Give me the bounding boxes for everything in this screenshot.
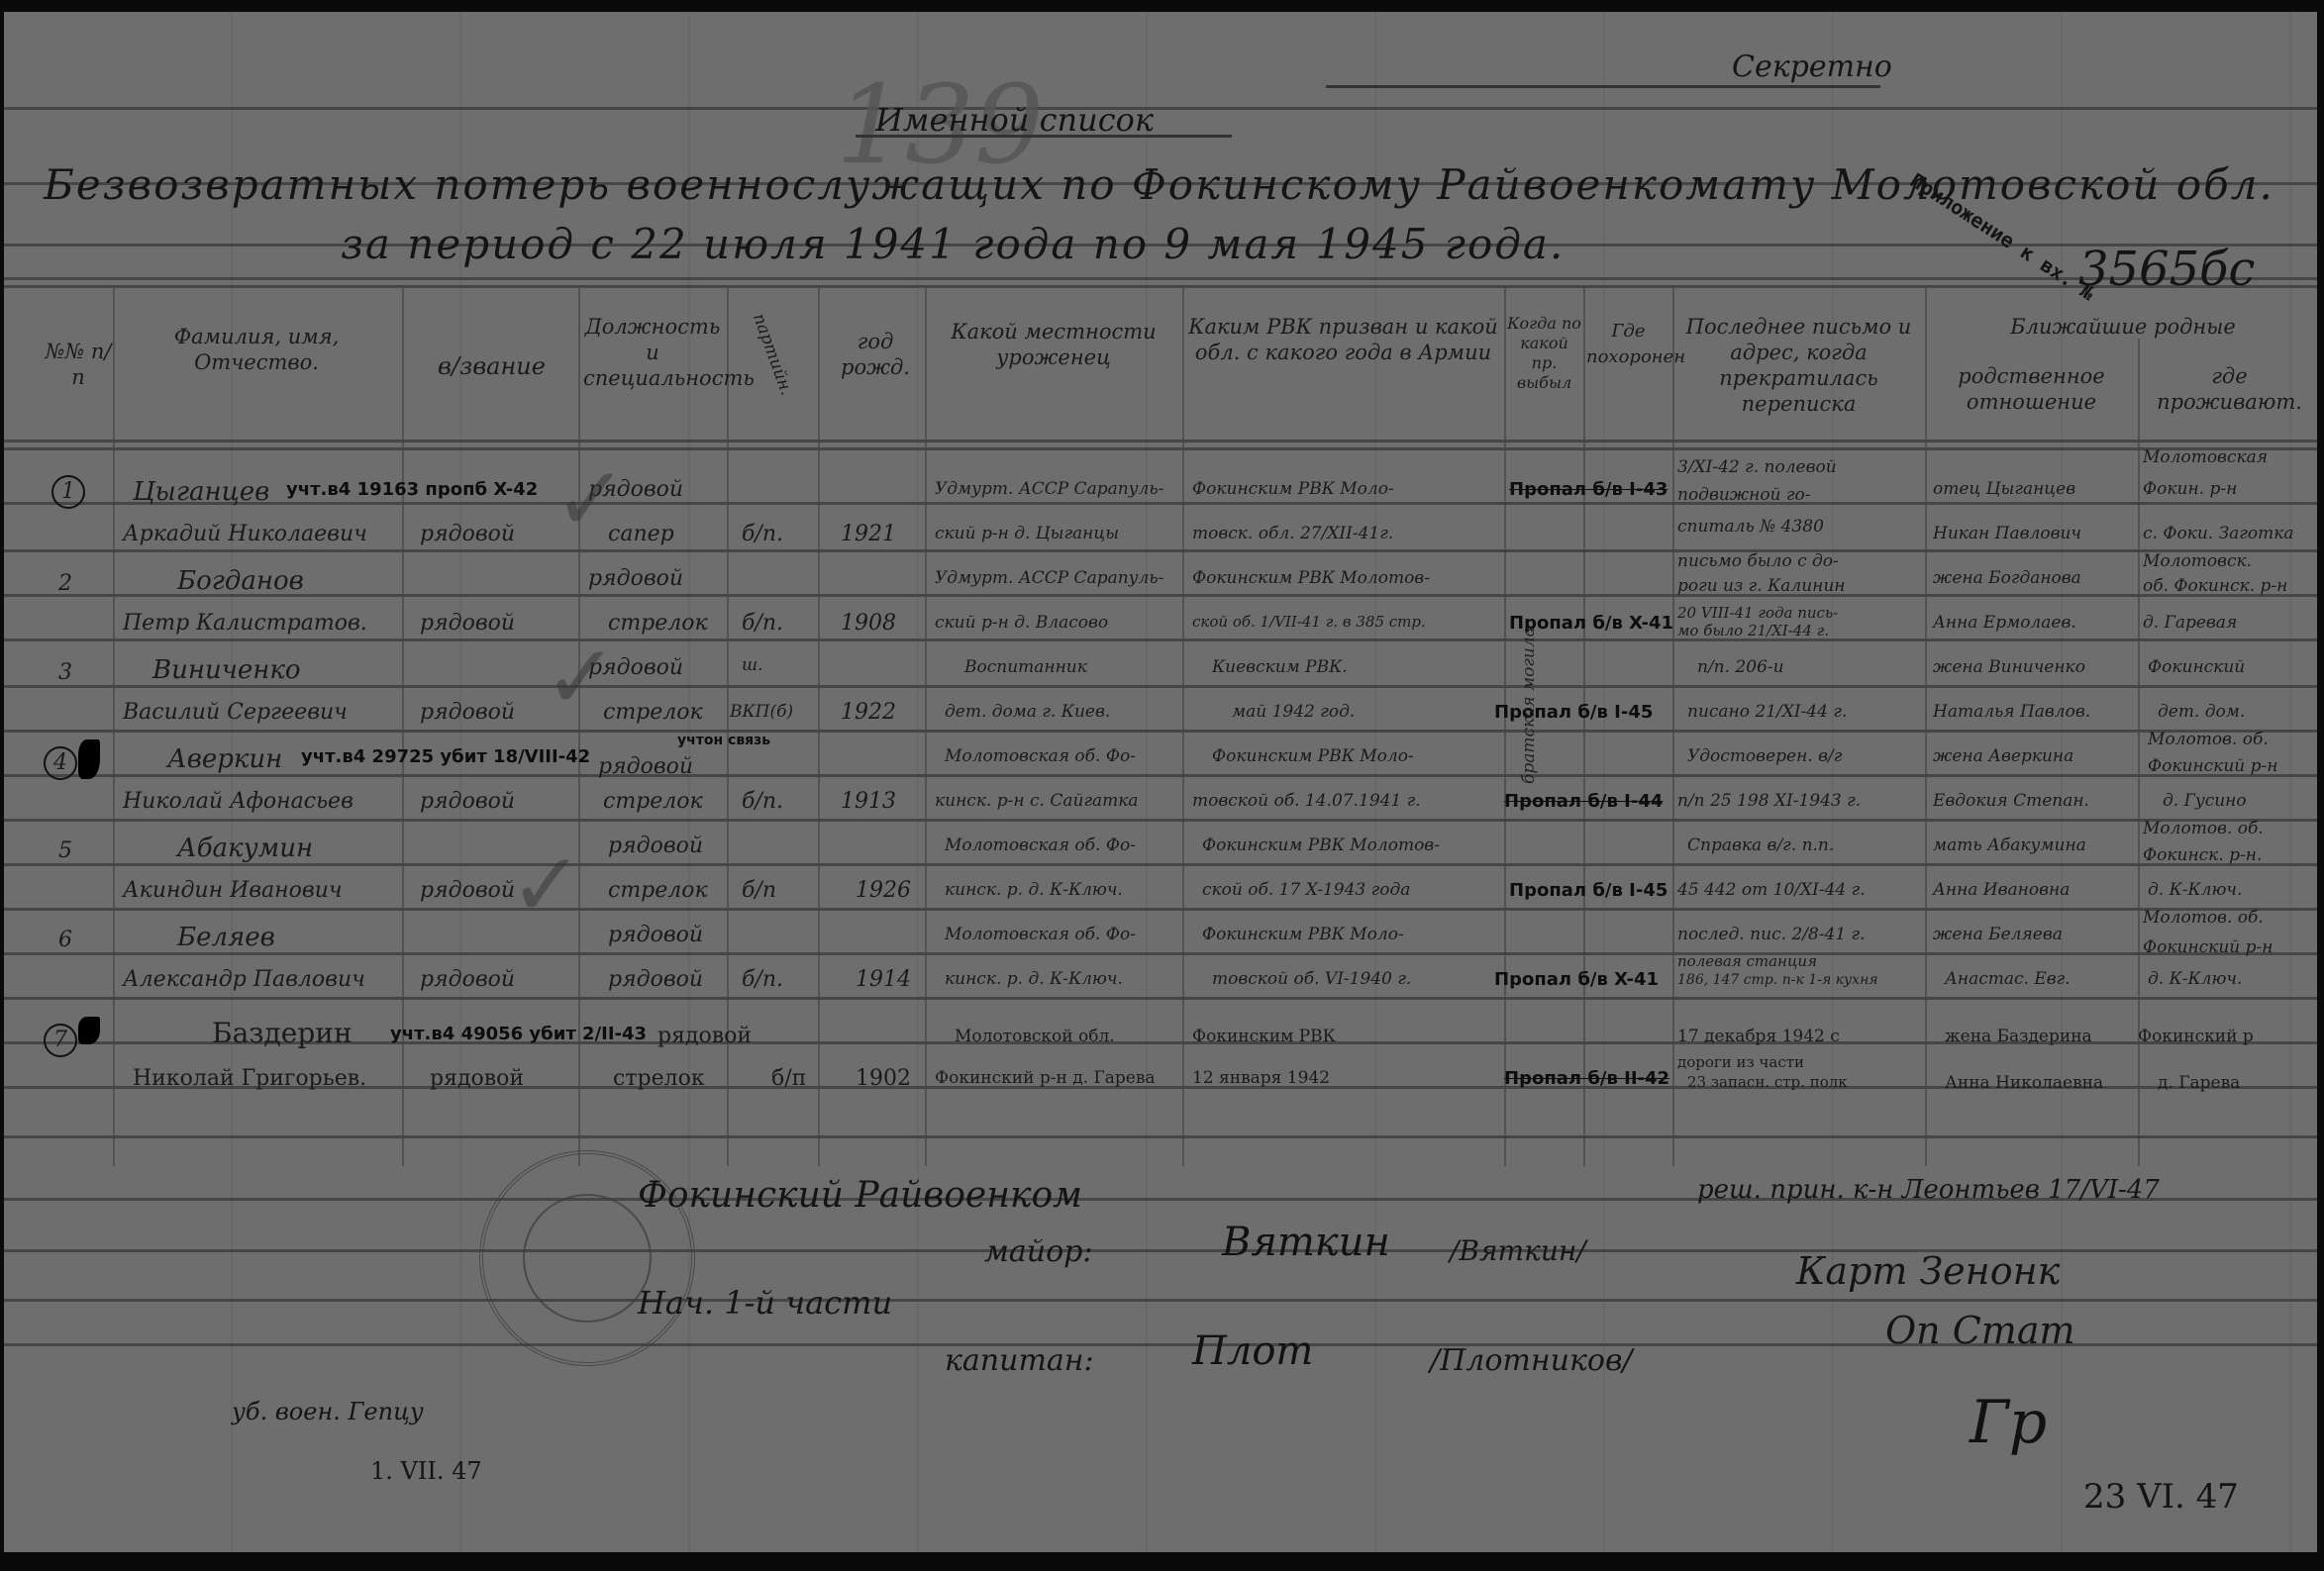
ruled-line [4, 107, 2317, 110]
residence: Молотов. об. [2143, 908, 2264, 928]
relation: Анна Николаевна [1945, 1073, 2103, 1093]
given-names: Александр Павлович [123, 967, 365, 992]
rank: рядовой [420, 700, 515, 725]
birthplace: Удмурт. АССР Сарапуль- [935, 479, 1163, 499]
paper-damage [78, 1017, 100, 1044]
drafted: ской об. 17 X-1943 года [1202, 880, 1410, 900]
footer-org: Фокинский Райвоенком [638, 1175, 1082, 1216]
given-names: Петр Калистратов. [123, 611, 367, 636]
surname: Богданов [177, 566, 304, 596]
registration-annotation: учт.в4 19163 пропб X-42 [286, 479, 538, 500]
position: стрелок [603, 789, 703, 814]
relation: Анна Ермолаев. [1933, 613, 2076, 633]
last-letter: п/п. 206-и [1697, 657, 1784, 677]
party: б/п. [742, 522, 783, 546]
last-letter: дороги из части [1677, 1053, 1804, 1071]
residence: об. Фокинск. р-н [2143, 576, 2287, 596]
given-names: Николай Григорьев. [133, 1066, 366, 1091]
ruled-line [4, 908, 2317, 911]
drafted: товской об. VI-1940 г. [1212, 969, 1411, 989]
last-letter: послед. пис. 2/8-41 г. [1677, 925, 1866, 944]
last-letter: 23 запасн. стр. полк [1687, 1073, 1848, 1091]
ruled-line [4, 1299, 2317, 1302]
residence: Фокин. р-н [2143, 479, 2237, 499]
birthplace: Удмурт. АССР Сарапуль- [935, 568, 1163, 588]
seal-emblem [523, 1194, 652, 1323]
residence: Молотов. об. [2143, 819, 2264, 838]
signature: Гр [1970, 1388, 2047, 1457]
birth-year: 1902 [856, 1066, 911, 1091]
missing-note: Пропал б/в I-44 [1504, 791, 1663, 812]
birth-year: 1908 [841, 611, 896, 636]
underline [856, 135, 1232, 138]
party: б/п. [742, 967, 783, 992]
residence: Молотовск. [2143, 551, 2252, 571]
ruled-line [4, 549, 2317, 552]
party: б/п [742, 878, 776, 903]
right-note-1: Карт Зенонк [1796, 1249, 2060, 1293]
ruled-line [4, 285, 2317, 288]
relation: жена Беляева [1933, 925, 2063, 944]
left-note: уб. воен. Гепцу [232, 1398, 424, 1425]
row-number: 1 [51, 475, 85, 509]
missing-note: Пропал б/в II-42 [1504, 1068, 1669, 1089]
ruled-line [4, 502, 2317, 505]
drafted: Фокинским РВК [1192, 1027, 1336, 1046]
relation: Анна Ивановна [1933, 880, 2070, 900]
last-letter: полевая станция [1677, 952, 1817, 970]
missing-note: Пропал б/в I-45 [1509, 880, 1667, 901]
surname: Виниченко [152, 655, 301, 685]
birthplace: ский р-н д. Власово [935, 613, 1108, 633]
residence: Фокинск. р-н. [2143, 845, 2262, 865]
rank: рядовой [420, 611, 515, 636]
last-letter: 186, 147 стр. п-к 1-я кухня [1677, 972, 1878, 988]
column-line [818, 285, 820, 1166]
classification-label: Секретно [1732, 49, 1892, 84]
ruled-line [4, 774, 2317, 777]
position: стрелок [608, 878, 708, 903]
birthplace: дет. дома г. Киев. [945, 702, 1110, 722]
last-letter: 20 VIII-41 года пись- [1677, 604, 1838, 622]
birthplace: Фокинский р-н д. Гарева [935, 1068, 1156, 1088]
signer2-rank: капитан: [945, 1343, 1094, 1378]
last-letter: 3/XI-42 г. полевой [1677, 457, 1837, 477]
relation: отец Цыганцев [1933, 479, 2075, 499]
last-letter: писано 21/XI-44 г. [1687, 702, 1847, 722]
header-birthplace: Какой местности уроженец [930, 319, 1177, 370]
paper-damage [78, 739, 100, 779]
party: б/п [771, 1066, 806, 1091]
relation: жена Баздерина [1945, 1027, 2092, 1046]
birth-year: 1926 [856, 878, 911, 903]
relation: жена Виниченко [1933, 657, 2085, 677]
rank-top: рядовой [608, 923, 703, 947]
drafted: Фокинским РВК Молотов- [1192, 568, 1430, 588]
ruled-line [4, 638, 2317, 641]
last-letter: подвижной го- [1677, 485, 1810, 505]
column-line [1182, 285, 1184, 1166]
header-when-left: Когда по какой пр. выбыл [1507, 314, 1581, 393]
birth-year: 1921 [841, 522, 896, 546]
birthplace: Молотовской обл. [955, 1027, 1115, 1046]
surname: Беляев [177, 923, 275, 952]
header-buried: Где похоронен [1586, 319, 1670, 370]
rank-top: рядовой [598, 754, 693, 779]
birth-year: 1914 [856, 967, 911, 992]
ruled-line [4, 440, 2317, 442]
ruled-line [4, 685, 2317, 688]
relation: Наталья Павлов. [1933, 702, 2090, 722]
column-line [1672, 285, 1674, 1166]
signature: Плот [1192, 1328, 1313, 1374]
residence: д. Гусино [2163, 791, 2247, 811]
left-date: 1. VII. 47 [370, 1457, 482, 1485]
residence: д. К-Ключ. [2148, 880, 2242, 900]
row-number: 2 [58, 571, 72, 596]
relation: Никан Павлович [1933, 524, 2081, 543]
rank: рядовой [430, 1066, 524, 1091]
residence: Молотов. об. [2148, 730, 2269, 749]
birthplace: кинск. р. д. К-Ключ. [945, 969, 1123, 989]
column-line [113, 285, 115, 1166]
relation: жена Аверкина [1933, 746, 2073, 766]
column-line [1583, 285, 1585, 1166]
last-letter: роги из г. Калинин [1677, 576, 1846, 596]
drafted: Киевским РВК. [1212, 657, 1348, 677]
surname: Цыганцев [133, 477, 269, 507]
unit-chief: Нач. 1-й части [638, 1284, 892, 1322]
rank: рядовой [420, 878, 515, 903]
check-mark-icon: ✓ [509, 834, 583, 937]
drafted: товской об. 14.07.1941 г. [1192, 791, 1421, 811]
check-mark-icon: ✓ [554, 447, 628, 551]
ruled-line [4, 952, 2317, 955]
party-top: ш. [742, 655, 763, 675]
document-period: за период с 22 июля 1941 года по 9 мая 1… [341, 220, 1565, 268]
header-last-letter: Последнее письмо и адрес, когда прекрати… [1677, 314, 1920, 417]
party: ВКП(б) [730, 702, 793, 722]
relation: мать Абакумина [1933, 835, 2086, 855]
given-names: Василий Сергеевич [123, 700, 348, 725]
ruled-line [4, 594, 2317, 597]
rank-top: рядовой [588, 566, 683, 591]
right-note-2: Оп Стат [1885, 1309, 2075, 1352]
drafted: Фокинским РВК Моло- [1192, 479, 1394, 499]
registration-annotation: учт.в4 29725 убит 18/VIII-42 [301, 746, 590, 767]
document-page: Секретно 139 Именной список Безвозвратны… [4, 12, 2317, 1552]
party: б/п. [742, 789, 783, 814]
row-number: 3 [58, 660, 72, 685]
column-line [1925, 285, 1927, 1166]
birthplace: кинск. р. д. К-Ключ. [945, 880, 1123, 900]
drafted: Фокинским РВК Моло- [1212, 746, 1414, 766]
missing-note: Пропал б/в I-43 [1509, 479, 1667, 500]
birthplace: ский р-н д. Цыганцы [935, 524, 1119, 543]
residence: д. Гарева [2158, 1073, 2240, 1093]
registration-annotation-2: учтон связь [677, 733, 770, 748]
column-line [1504, 285, 1506, 1166]
residence: Фокинский р-н [2148, 756, 2277, 776]
drafted: Фокинским РВК Молотов- [1202, 835, 1440, 855]
registration-annotation: учт.в4 49056 убит 2/II-43 [390, 1024, 647, 1044]
rank: рядовой [420, 522, 515, 546]
residence: д. Гаревая [2143, 613, 2237, 633]
birth-year: 1913 [841, 789, 896, 814]
signer1-rank: майор: [984, 1234, 1092, 1269]
row-number: 4 [44, 746, 77, 780]
ruled-line [4, 730, 2317, 733]
drafted: 12 января 1942 [1192, 1068, 1330, 1088]
header-relatives-group: Ближайшие родные [1930, 314, 2316, 340]
residence: с. Фоки. Заготка [2143, 524, 2294, 543]
rank: рядовой [420, 789, 515, 814]
birthplace: Воспитанник [964, 657, 1087, 677]
last-letter: Удостоверен. в/г [1687, 746, 1842, 766]
ruled-line [4, 997, 2317, 1000]
residence: Фокинский [2148, 657, 2245, 677]
last-letter: письмо было с до- [1677, 551, 1839, 571]
signer1-name: /Вяткин/ [1450, 1234, 1586, 1267]
signer2-name: /Плотников/ [1430, 1343, 1633, 1378]
residence: Фокинский р-н [2143, 937, 2273, 957]
surname: Аверкин [167, 744, 282, 774]
drafted: товск. обл. 27/XII-41г. [1192, 524, 1393, 543]
header-residence: где проживают. [2143, 363, 2316, 415]
row-number: 7 [44, 1024, 77, 1057]
relation: Евдокия Степан. [1933, 791, 2089, 811]
header-birth-year: год рожд. [831, 329, 920, 380]
relation: Анастас. Евг. [1945, 969, 2071, 989]
given-names: Николай Афонасьев [123, 789, 354, 814]
missing-note: Пропал б/в X-41 [1494, 969, 1659, 990]
drafted: ской об. 1/VII-41 г. в 385 стр. [1192, 613, 1426, 631]
resolution-note: реш. прин. к-н Леонтьев 17/VI-47 [1697, 1175, 2160, 1205]
residence: д. К-Ключ. [2148, 969, 2242, 989]
position: стрелок [613, 1066, 705, 1091]
birth-year: 1922 [841, 700, 896, 725]
last-letter: мо было 21/XI-44 г. [1677, 622, 1829, 639]
drafted: май 1942 год. [1232, 702, 1355, 722]
relation: жена Богданова [1933, 568, 2081, 588]
rank-top: рядовой [608, 834, 703, 858]
rank-top: рядовой [657, 1024, 752, 1048]
last-letter: 45 442 от 10/XI-44 г. [1677, 880, 1866, 900]
last-letter: п/п 25 198 XI-1943 г. [1677, 791, 1861, 811]
header-relation: родственное отношение [1930, 363, 2133, 415]
given-names: Аркадий Николаевич [123, 522, 367, 546]
birthplace: Молотовская об. Фо- [945, 835, 1136, 855]
incoming-number: 3565бс [2078, 242, 2255, 297]
birthplace: кинск. р-н с. Сайгатка [935, 791, 1139, 811]
header-position: Должность и специальность [583, 314, 722, 391]
last-letter: Справка в/г. п.п. [1687, 835, 1834, 855]
header-drafted: Каким РВК призван и какой обл. с какого … [1187, 314, 1499, 365]
party: б/п. [742, 611, 783, 636]
residence: дет. дом. [2158, 702, 2245, 722]
residence: Молотовская [2143, 447, 2268, 467]
given-names: Акиндин Иванович [123, 878, 343, 903]
birthplace: Молотовская об. Фо- [945, 925, 1136, 944]
header-rank: в/звание [410, 353, 573, 379]
signature: Вяткин [1222, 1220, 1390, 1265]
surname: Баздерин [212, 1017, 353, 1049]
ruled-line [4, 863, 2317, 866]
header-name: Фамилия, имя, Отчество. [123, 324, 390, 375]
ruled-line [4, 277, 2317, 280]
row-number: 5 [58, 838, 72, 863]
header-num: №№ п/п [44, 339, 113, 390]
row-number: 6 [58, 928, 72, 952]
birthplace: Молотовская об. Фо- [945, 746, 1136, 766]
residence: Фокинский р [2138, 1027, 2254, 1046]
burial-margin-note: братская могила [1519, 627, 1539, 784]
underline [1326, 85, 1880, 88]
rank: рядовой [420, 967, 515, 992]
document-title: Именной список [875, 101, 1154, 139]
check-mark-icon: ✓ [544, 626, 618, 730]
last-letter: спиталь № 4380 [1677, 517, 1824, 537]
drafted: Фокинским РВК Моло- [1202, 925, 1404, 944]
surname: Абакумин [177, 834, 313, 863]
position: стрелок [608, 611, 708, 636]
right-date: 23 VI. 47 [2083, 1477, 2239, 1517]
ruled-line [4, 819, 2317, 822]
ruled-line [4, 447, 2317, 450]
position: рядовой [608, 967, 703, 992]
ruled-line [4, 1135, 2317, 1138]
column-line [925, 285, 927, 1166]
last-letter: 17 декабря 1942 с [1677, 1027, 1840, 1046]
